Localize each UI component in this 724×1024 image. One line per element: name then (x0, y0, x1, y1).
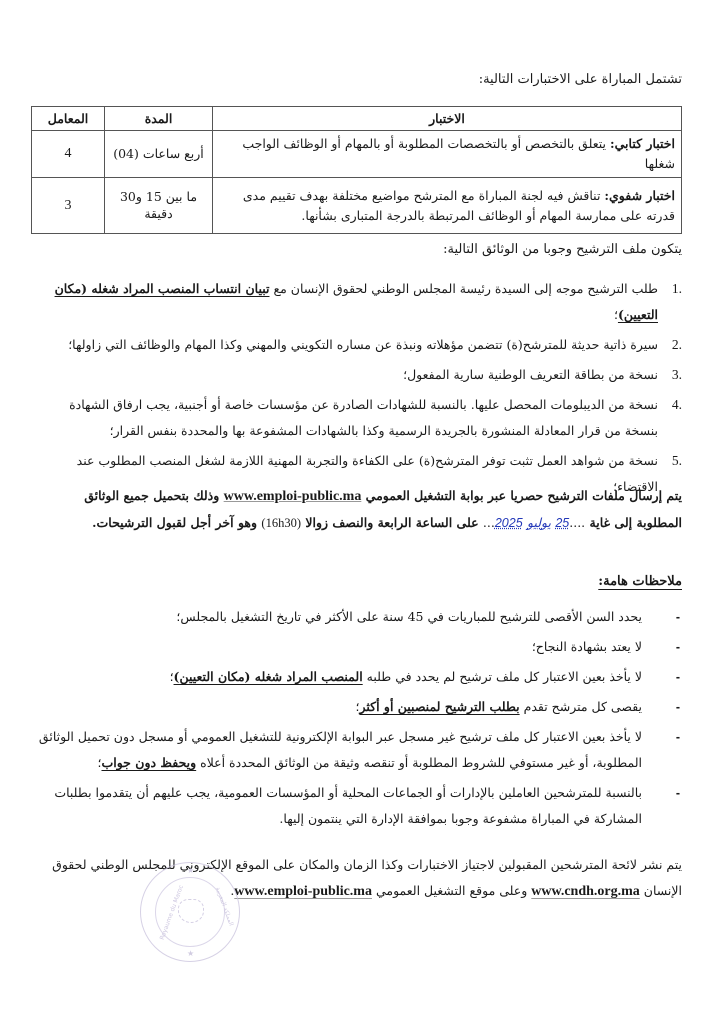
publication-notice: يتم نشر لائحة المترشحين المقبولين لاجتيا… (30, 852, 682, 905)
emploi-public-link[interactable]: www.emploi-public.ma (234, 884, 372, 899)
list-item: - لا يأخذ بعين الاعتبار كل ملف ترشيح لم … (30, 664, 682, 690)
cndh-link[interactable]: www.cndh.org.ma (531, 884, 640, 899)
list-item: - لا يأخذ بعين الاعتبار كل ملف ترشيح غير… (30, 724, 682, 776)
list-item: .1 طلب الترشيح موجه إلى السيدة رئيسة الم… (32, 276, 682, 328)
dash-bullet-icon: - (676, 664, 680, 690)
table-row: اختبار كتابي: يتعلق بالتخصص أو بالتخصصات… (32, 131, 682, 178)
deadline-time: (16h30) (261, 516, 301, 530)
submission-text: على الساعة الرابعة والنصف زوالا (301, 515, 483, 530)
item-number: .3 (662, 362, 682, 388)
test-label: اختبار كتابي: (610, 136, 675, 151)
notes-list: - يحدد السن الأقصى للترشيح للمباريات في … (30, 604, 682, 836)
table-row: اختبار شفوي: تناقش فيه لجنة المباراة مع … (32, 178, 682, 234)
dash-bullet-icon: - (676, 694, 680, 720)
documents-list: .1 طلب الترشيح موجه إلى السيدة رئيسة الم… (32, 276, 682, 504)
dash-bullet-icon: - (676, 780, 680, 806)
list-item: - يحدد السن الأقصى للترشيح للمباريات في … (30, 604, 682, 630)
date-fill-dots: .... (569, 515, 585, 530)
official-seal-icon: ★ ★ Royaume du Maroc المملكة المغربية (140, 862, 240, 962)
item-text: طلب الترشيح موجه إلى السيدة رئيسة المجلس… (269, 281, 658, 296)
submission-text: وهو آخر أجل لقبول الترشيحات. (92, 515, 261, 530)
exam-table: الاختبار المدة المعامل اختبار كتابي: يتع… (31, 106, 682, 234)
deadline-year: 2025 (495, 516, 523, 530)
dash-bullet-icon: - (676, 724, 680, 750)
star-icon: ★ (187, 949, 194, 958)
note-emphasis: المنصب المراد شغله (مكان التعيين) (174, 669, 363, 684)
item-text: نسخة من بطاقة التعريف الوطنية سارية المف… (403, 367, 658, 382)
note-text: يحدد السن الأقصى للترشيح للمباريات في 45… (176, 609, 642, 624)
dash-bullet-icon: - (676, 634, 680, 660)
note-text: لا يعتد بشهادة النجاح؛ (532, 639, 642, 654)
notes-title: ملاحظات هامة: (598, 574, 682, 589)
list-item: - لا يعتد بشهادة النجاح؛ (30, 634, 682, 660)
document-page: تشتمل المباراة على الاختبارات التالية: ا… (0, 0, 724, 1024)
duration-cell: أربع ساعات (04) (105, 131, 213, 178)
table-header-row: الاختبار المدة المعامل (32, 107, 682, 131)
tests-intro: تشتمل المباراة على الاختبارات التالية: (479, 72, 682, 87)
coat-of-arms-icon (178, 899, 204, 923)
list-item: - بالنسبة للمترشحين العاملين بالإدارات أ… (30, 780, 682, 832)
item-number: .4 (662, 392, 682, 418)
item-number: .5 (662, 448, 682, 474)
item-number: .2 (662, 332, 682, 358)
test-cell: اختبار شفوي: تناقش فيه لجنة المباراة مع … (213, 178, 682, 234)
list-item: .4 نسخة من الديبلومات المحصل عليها. بالن… (32, 392, 682, 444)
date-fill-dots: ... (483, 515, 495, 530)
coefficient-cell: 3 (32, 178, 105, 234)
list-item: .3 نسخة من بطاقة التعريف الوطنية سارية ا… (32, 362, 682, 388)
item-text: سيرة ذاتية حديثة للمترشح(ة) تتضمن مؤهلات… (68, 337, 658, 352)
star-icon: ★ (187, 866, 194, 875)
deadline-day: 25 (555, 516, 569, 530)
duration-cell: ما بين 15 و30 دقيقة (105, 178, 213, 234)
note-emphasis: ويحفظ دون جواب (101, 755, 196, 770)
duration-line: دقيقة (111, 206, 206, 222)
item-text: نسخة من الديبلومات المحصل عليها. بالنسبة… (69, 397, 658, 438)
header-duration: المدة (105, 107, 213, 131)
coefficient-cell: 4 (32, 131, 105, 178)
item-number: .1 (662, 276, 682, 302)
test-label: اختبار شفوي: (604, 188, 675, 203)
documents-intro: يتكون ملف الترشيح وجوبا من الوثائق التال… (443, 242, 682, 257)
list-item: .2 سيرة ذاتية حديثة للمترشح(ة) تتضمن مؤه… (32, 332, 682, 358)
note-text: لا يأخذ بعين الاعتبار كل ملف ترشيح لم يح… (363, 669, 642, 684)
publication-text: وعلى موقع التشغيل العمومي (372, 883, 531, 898)
dash-bullet-icon: - (676, 604, 680, 630)
deadline-month: يوليو (527, 516, 551, 530)
note-text: يقصى كل مترشح تقدم (520, 699, 642, 714)
emploi-public-link[interactable]: www.emploi-public.ma (224, 489, 362, 504)
submission-notice: يتم إرسال ملفات الترشيح حصريا عبر بوابة … (42, 483, 682, 536)
submission-text: يتم إرسال ملفات الترشيح حصريا عبر بوابة … (361, 488, 682, 503)
note-emphasis: بطلب الترشيح لمنصبين أو أكثر (359, 699, 519, 714)
test-cell: اختبار كتابي: يتعلق بالتخصص أو بالتخصصات… (213, 131, 682, 178)
note-text: بالنسبة للمترشحين العاملين بالإدارات أو … (54, 785, 642, 826)
duration-line: ما بين 15 و30 (111, 189, 206, 205)
header-coefficient: المعامل (32, 107, 105, 131)
list-item: - يقصى كل مترشح تقدم بطلب الترشيح لمنصبي… (30, 694, 682, 720)
header-test: الاختبار (213, 107, 682, 131)
